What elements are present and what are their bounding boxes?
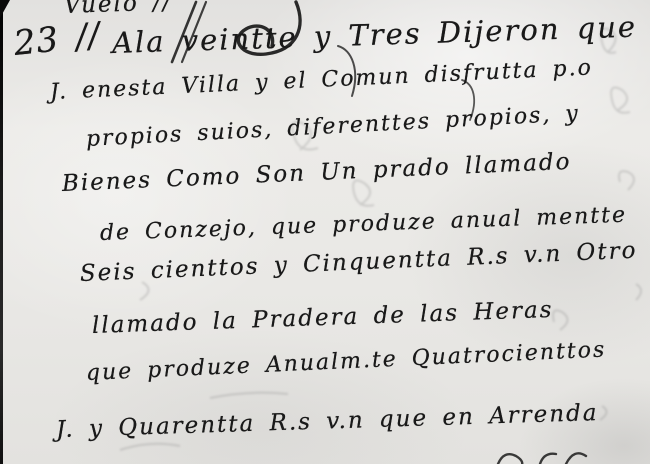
manuscript-line: Seis cienttos y Cinquentta R.s v.n Otro [79,238,637,287]
photo-corner [0,0,10,18]
entry-number: 23 // [12,15,103,64]
manuscript-line: J. y Quarentta R.s v.n que en Arrenda [56,400,599,443]
manuscript-line: de Conzejo, que produze anual mentte [100,203,628,246]
photo-edge [0,0,3,464]
manuscript-line: Bienes Como Son Un prado llamado [61,149,572,197]
manuscript-page: Vuelo // 23 // Ala veintte y Tres Dijero… [0,0,650,464]
manuscript-line: J. enesta Villa y el Comun disfrutta p.o [49,55,593,105]
manuscript-line: Ala veintte y Tres Dijeron que [111,10,637,60]
manuscript-line: llamado la Pradera de las Heras [92,297,554,339]
manuscript-line: propios suios, diferenttes propios, y [85,101,580,152]
manuscript-line: que produze Anualm.te Quatrocienttos [85,337,606,386]
